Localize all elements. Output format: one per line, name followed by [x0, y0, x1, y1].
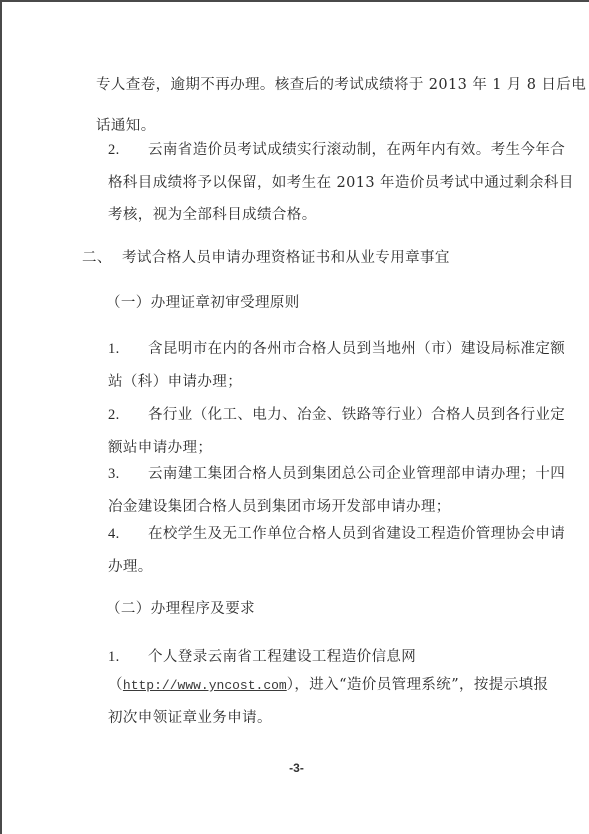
list-number: 2. — [108, 405, 148, 425]
paragraph-line: 冶金建设集团合格人员到集团市场开发部申请办理； — [108, 497, 451, 517]
section-title: 考试合格人员申请办理资格证书和从业专用章事宜 — [122, 250, 450, 266]
list-number: 2. — [108, 140, 148, 160]
document-page: 专人查卷，逾期不再办理。核查后的考试成绩将于 2013 年 1 月 8 日后电 … — [0, 0, 589, 834]
section-number: 二、 — [82, 248, 122, 268]
section-heading-2: 二、考试合格人员申请办理资格证书和从业专用章事宜 — [82, 248, 450, 268]
list-item-text: 在校学生及无工作单位合格人员到省建设工程造价管理协会申请 — [148, 526, 565, 542]
list-number: 4. — [108, 524, 148, 544]
subsection-heading-1: （一）办理证章初审受理原则 — [106, 293, 300, 313]
paragraph-line: 格科目成绩将予以保留，如考生在 2013 年造价员考试中通过剩余科目 — [108, 173, 574, 193]
subsection-heading-2: （二）办理程序及要求 — [106, 599, 255, 619]
paragraph-line: （http://www.yncost.com），进入“造价员管理系统”，按提示填… — [108, 675, 548, 696]
list-item-text: 各行业（化工、电力、冶金、铁路等行业）合格人员到各行业定 — [148, 407, 565, 423]
list-item-text: 含昆明市在内的各州市合格人员到当地州（市）建设局标准定额 — [148, 341, 565, 357]
list-item-2: 2.云南省造价员考试成绩实行滚动制，在两年内有效。考生今年合 — [108, 140, 565, 160]
list-number: 1. — [108, 647, 148, 667]
paragraph-line: 额站申请办理； — [108, 438, 212, 458]
website-link[interactable]: http://www.yncost.com — [123, 678, 287, 693]
list-item-1: 1.含昆明市在内的各州市合格人员到当地州（市）建设局标准定额 — [108, 339, 565, 359]
list-item-2: 2.各行业（化工、电力、冶金、铁路等行业）合格人员到各行业定 — [108, 405, 565, 425]
list-item-text: 云南省造价员考试成绩实行滚动制，在两年内有效。考生今年合 — [148, 142, 565, 158]
paragraph-text: ），进入“造价员管理系统”，按提示填报 — [287, 677, 549, 693]
paren-open: （ — [108, 677, 123, 693]
paragraph-line: 专人查卷，逾期不再办理。核查后的考试成绩将于 2013 年 1 月 8 日后电 — [96, 75, 586, 95]
list-item-text: 云南建工集团合格人员到集团总公司企业管理部申请办理；十四 — [148, 466, 565, 482]
list-number: 3. — [108, 464, 148, 484]
list-number: 1. — [108, 339, 148, 359]
list-item-text: 个人登录云南省工程建设工程造价信息网 — [148, 649, 416, 665]
paragraph-line: 考核，视为全部科目成绩合格。 — [108, 205, 317, 225]
list-item-3: 3.云南建工集团合格人员到集团总公司企业管理部申请办理；十四 — [108, 464, 565, 484]
paragraph-line: 初次申领证章业务申请。 — [108, 708, 272, 728]
paragraph-line: 站（科）申请办理； — [108, 372, 242, 392]
paragraph-line: 办理。 — [108, 557, 153, 577]
procedure-item-1: 1.个人登录云南省工程建设工程造价信息网 — [108, 647, 416, 667]
paragraph-line: 话通知。 — [96, 116, 156, 136]
page-number: -3- — [2, 761, 589, 775]
list-item-4: 4.在校学生及无工作单位合格人员到省建设工程造价管理协会申请 — [108, 524, 565, 544]
